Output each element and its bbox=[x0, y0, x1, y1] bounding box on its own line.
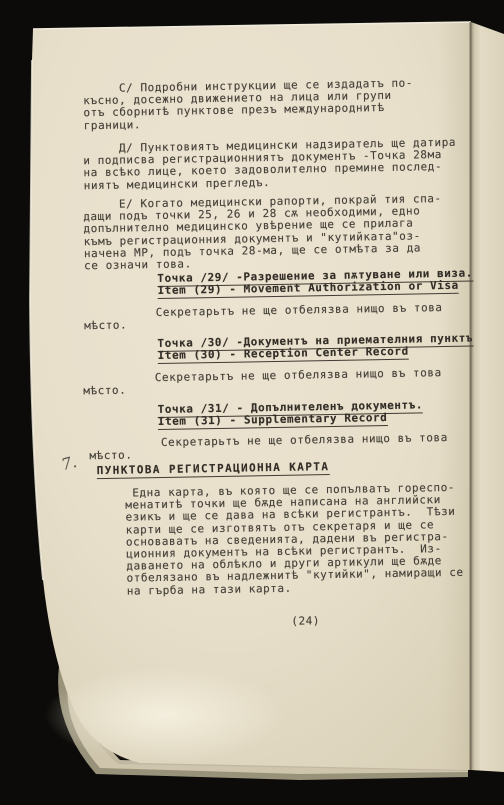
underlined-text: ПУНКТОВА РЕГИСТРАЦИОННА КАРТА bbox=[97, 461, 330, 479]
section-7-body-paragraph: Една карта, въ която ще се попълватъ гор… bbox=[125, 481, 487, 597]
item-30-heading-english: Item (30) - Reception Center Record bbox=[158, 346, 409, 364]
handwritten-section-number: 7. bbox=[60, 456, 78, 472]
scanned-document-photo: С/ Подробни инструкции ще се издадатъ по… bbox=[0, 0, 504, 805]
section-7-heading: ПУНКТОВА РЕГИСТРАЦИОННА КАРТА bbox=[97, 461, 330, 479]
item-31-heading-english: Item (31) - Supplementary Record bbox=[158, 412, 388, 430]
paragraph-item-d: Д/ Пунктовиятъ медицински надзиратель ще… bbox=[83, 136, 494, 192]
secretary-note-31: Секретарьтъ не ще отбелязва нищо въ това… bbox=[89, 432, 469, 463]
underlined-text: Item (30) - Reception Center Record bbox=[158, 346, 409, 364]
paragraph-item-e: Е/ Когато медицински рапорти, покрай тия… bbox=[83, 192, 484, 272]
paragraph-item-c: С/ Подробни инструкции ще се издадатъ по… bbox=[83, 76, 484, 132]
secretary-note-30: Секретарьтъ не ще отбелязва нищо въ това… bbox=[83, 367, 463, 398]
underlined-text: Item (31) - Supplementary Record bbox=[158, 412, 388, 430]
typewritten-text-layer: С/ Подробни инструкции ще се издадатъ по… bbox=[0, 0, 504, 805]
page-number: (24) bbox=[291, 615, 320, 628]
underlined-text: Item (29) - Movement Authorization or Vi… bbox=[157, 280, 458, 299]
secretary-note-29: Секретарьтъ не ще отбелязва нищо въ това… bbox=[84, 302, 464, 333]
item-29-heading-english: Item (29) - Movement Authorization or Vi… bbox=[157, 280, 458, 299]
